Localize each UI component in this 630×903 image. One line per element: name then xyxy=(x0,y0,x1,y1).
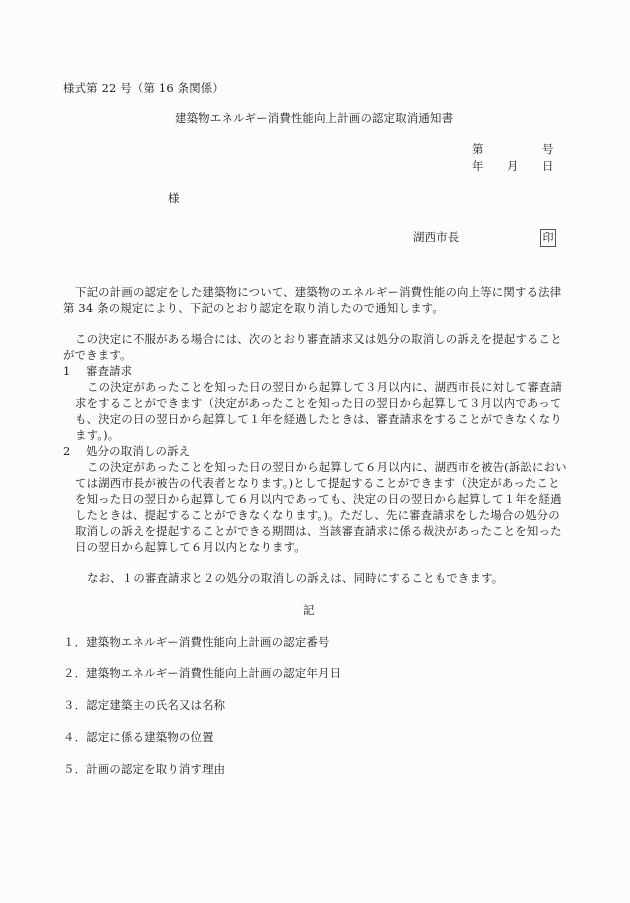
section-heading: 審査請求 xyxy=(86,363,132,379)
section-line: この決定があったことを知った日の翌日から起算して３月以内に、湖西市長に対して審査… xyxy=(87,379,562,395)
issuer-name: 湖西市長 xyxy=(413,229,459,245)
month-label: 月 xyxy=(507,158,519,174)
year-label: 年 xyxy=(472,158,484,174)
section-line: 求をすることができます（決定があったことを知った日の翌日から起算して３月以内であ… xyxy=(75,395,562,411)
section-line: を知った日の翌日から起算して６月以内であっても、決定の日の翌日から起算して１年を… xyxy=(75,491,562,507)
number-prefix: 第 xyxy=(472,141,484,157)
appeal-intro-line: ができます。 xyxy=(63,347,132,363)
list-item: ３．認定建築主の氏名又は名称 xyxy=(63,697,225,713)
list-item: ５．計画の認定を取り消す理由 xyxy=(63,761,225,777)
number-suffix: 号 xyxy=(542,141,554,157)
list-item: １．建築物エネルギー消費性能向上計画の認定番号 xyxy=(63,634,330,650)
ki-heading: 記 xyxy=(303,602,315,618)
document-title: 建築物エネルギー消費性能向上計画の認定取消通知書 xyxy=(175,110,453,126)
intro-line: 下記の計画の認定をした建築物について、建築物のエネルギー消費性能の向上等に関する… xyxy=(75,284,561,300)
section-line: この決定があったことを知った日の翌日から起算して６月以内に、湖西市を被告(訴訟に… xyxy=(87,459,567,475)
section-heading: 処分の取消しの訴え xyxy=(86,443,190,459)
seal-mark: 印 xyxy=(540,229,556,247)
section-line: も、決定の日の翌日から起算して１年を経過したときは、審査請求をすることができなく… xyxy=(75,411,562,427)
section-line: 取消しの訴えを提起することができる期間は、当該審査請求に係る裁決があったことを知… xyxy=(75,523,562,539)
addressee-suffix: 様 xyxy=(168,190,180,206)
section-line: ます。)。 xyxy=(75,427,119,443)
day-label: 日 xyxy=(542,158,554,174)
section-number: 1 xyxy=(63,363,70,379)
list-item: ２．建築物エネルギー消費性能向上計画の認定年月日 xyxy=(63,665,341,681)
section-line: 日の翌日から起算して６月以内となります。 xyxy=(75,539,306,555)
section-line: ては湖西市長が被告の代表者となります。)として提起することができます（決定があっ… xyxy=(75,475,560,491)
appeal-intro-line: この決定に不服がある場合には、次のとおり審査請求又は処分の取消しの訴えを提起する… xyxy=(75,331,562,347)
section-number: 2 xyxy=(63,443,70,459)
note-text: なお、１の審査請求と２の処分の取消しの訴えは、同時にすることもできます。 xyxy=(87,570,503,586)
form-label: 様式第 22 号（第 16 条関係） xyxy=(63,80,224,96)
section-line: したときは、提起することができなくなります。)。ただし、先に審査請求をした場合の… xyxy=(75,507,560,523)
list-item: ４．認定に係る建築物の位置 xyxy=(63,729,214,745)
intro-line: 第 34 条の規定により、下記のとおり認定を取り消したので通知します。 xyxy=(63,300,444,316)
